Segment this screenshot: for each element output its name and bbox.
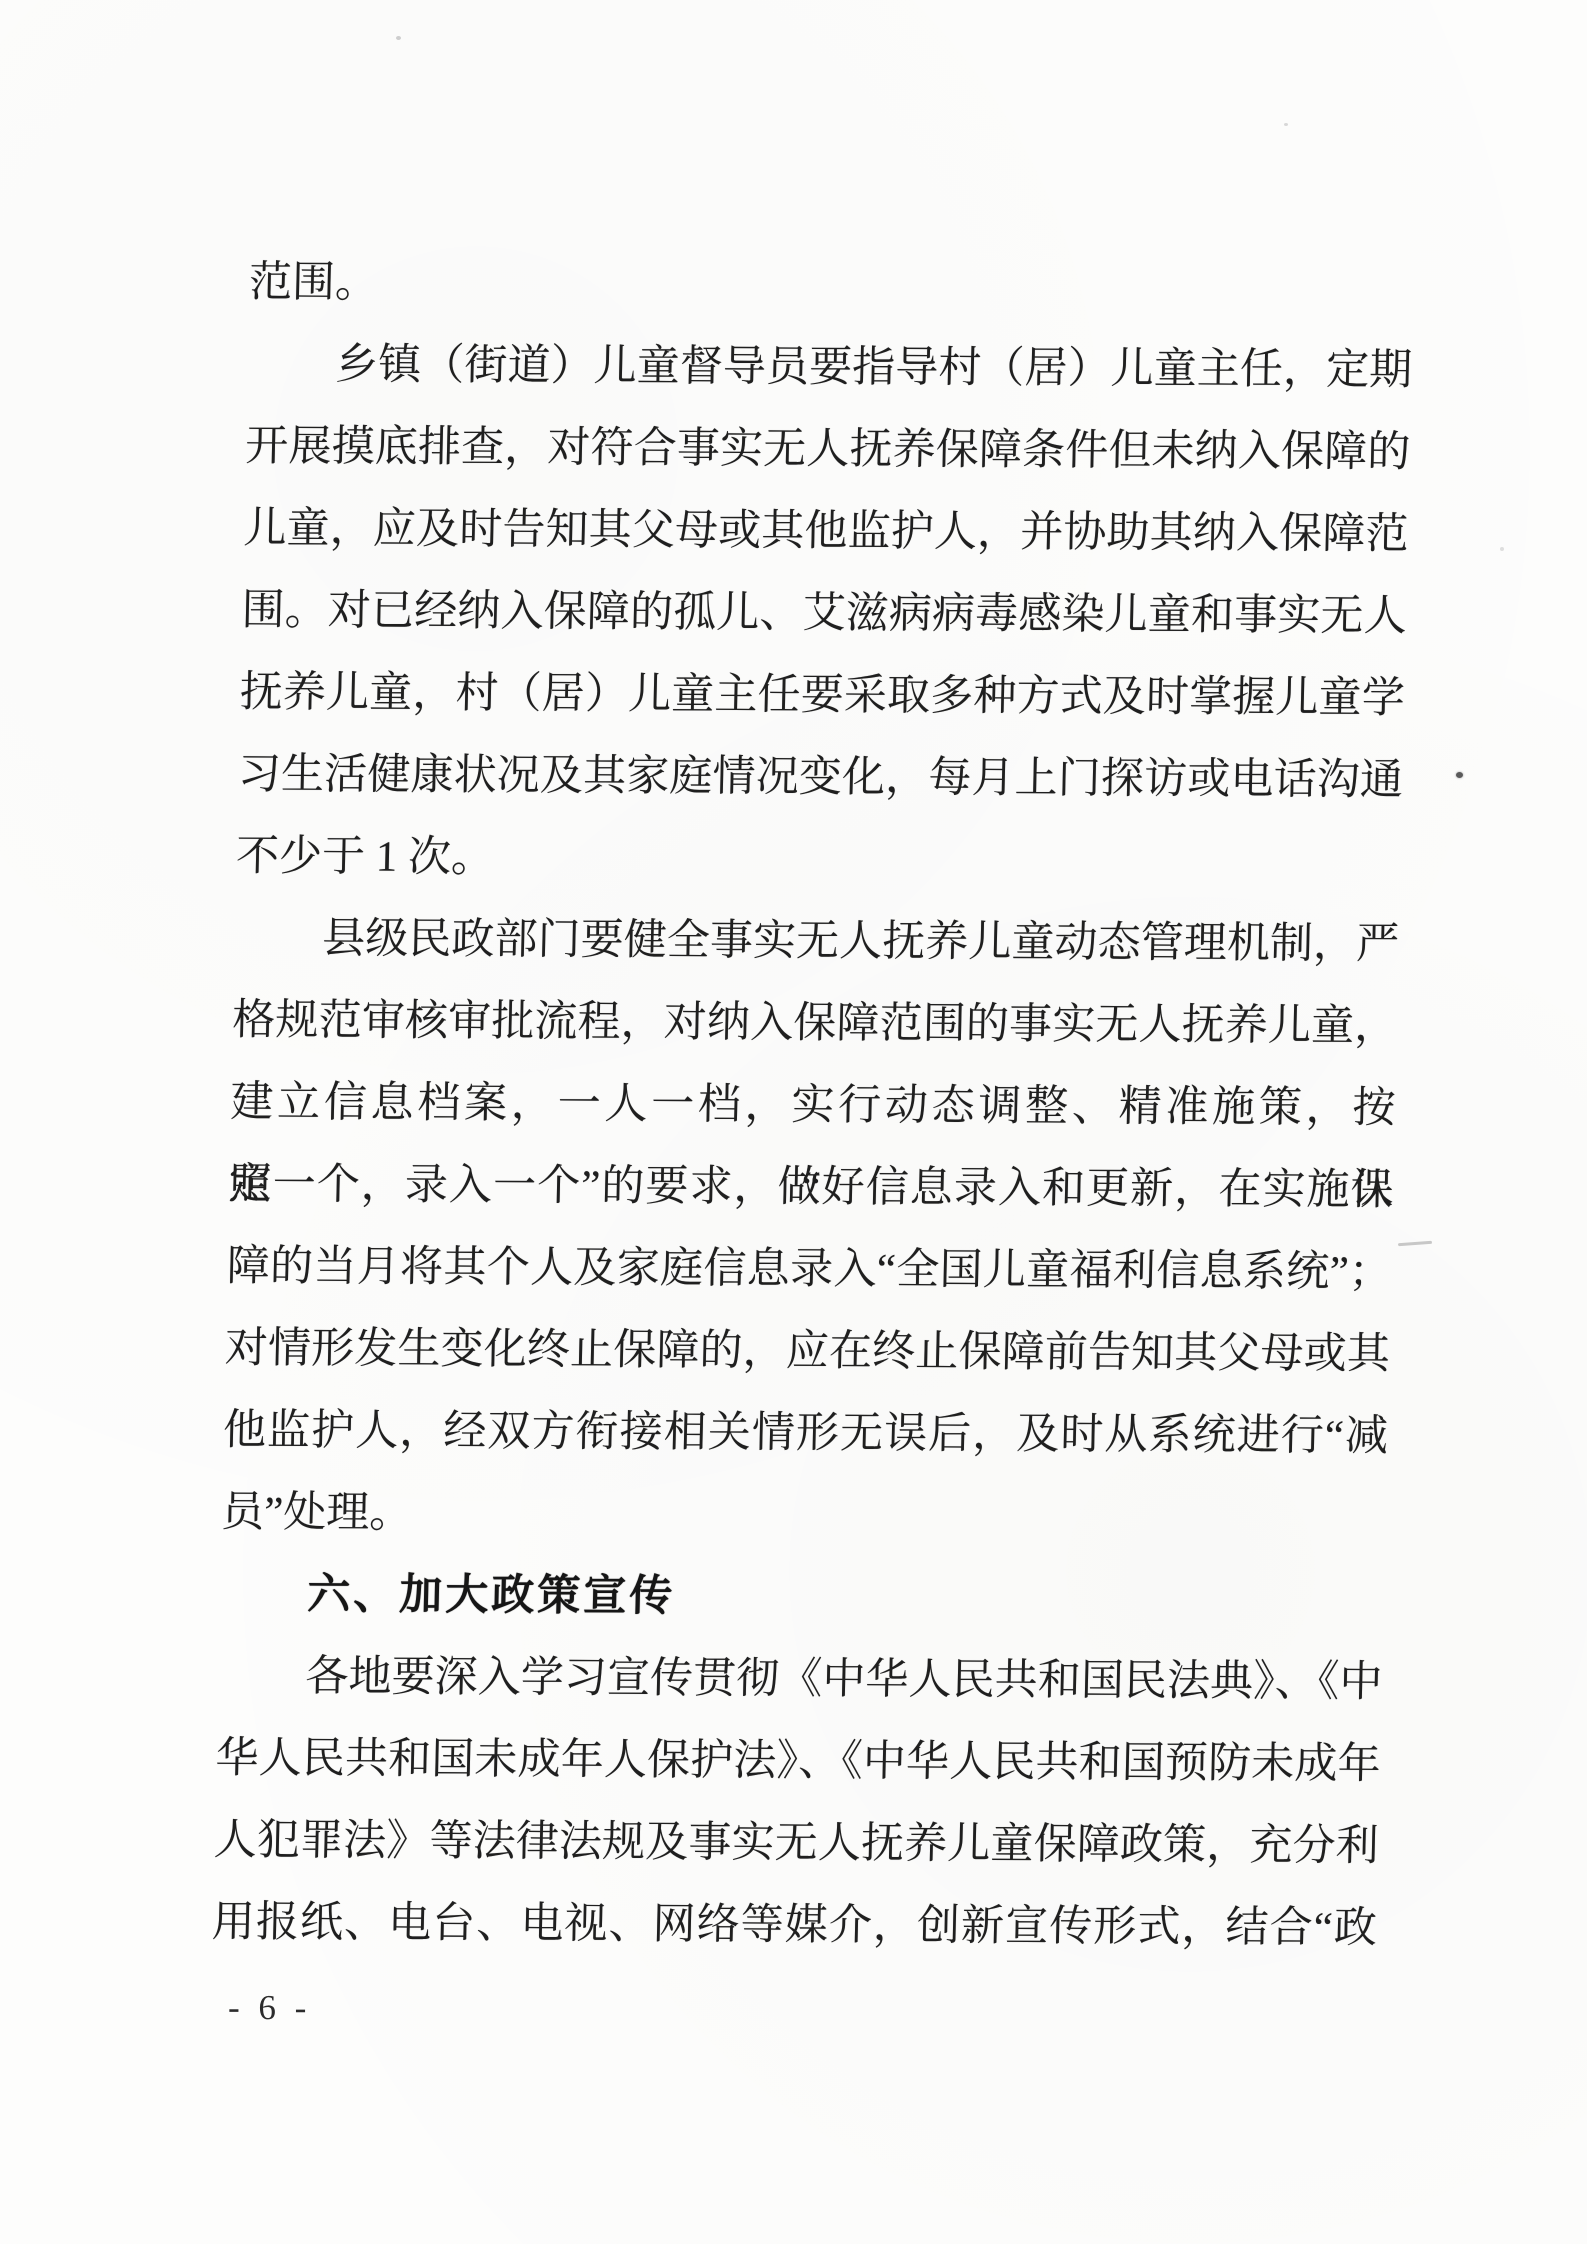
text-line: 人犯罪法》等法律法规及事实无人抚养儿童保障政策，充分利 [213,1800,1380,1888]
text-line: 围。对已经纳入保障的孤儿、艾滋病病毒感染儿童和事实无人 [241,570,1408,658]
text-line: 他监护人，经双方衔接相关情形无误后，及时从系统进行“减 [222,1390,1389,1478]
text-line: 范围。 [248,242,1415,330]
scan-speck [396,36,401,40]
text-line: 县级民政部门要健全事实无人抚养儿童动态管理机制，严 [233,898,1400,986]
text-line: 习生活健康状况及其家庭情况变化，每月上门探访或电话沟通 [237,734,1404,822]
text-line: 乡镇（街道）儿童督导员要指导村（居）儿童主任，定期 [246,324,1413,412]
text-line: 障的当月将其个人及家庭信息录入“全国儿童福利信息系统”； [226,1226,1393,1314]
document-page: 范围。 乡镇（街道）儿童督导员要指导村（居）儿童主任，定期 开展摸底排查，对符合… [0,0,1587,2244]
text-line: 用报纸、电台、电视、网络等媒介，创新宣传形式，结合“政 [211,1882,1378,1970]
text-line: 华人民共和国未成年人保护法》、《中华人民共和国预防未成年 [215,1718,1382,1806]
text-line: 各地要深入学习宣传贯彻《中华人民共和国民法典》、《中 [217,1636,1384,1724]
text-line: 建立信息档案，一人一档，实行动态调整、精准施策，按照“认 [230,1062,1397,1150]
document-text-block: 范围。 乡镇（街道）儿童督导员要指导村（居）儿童主任，定期 开展摸底排查，对符合… [211,242,1415,1970]
text-line: 员”处理。 [220,1472,1387,1560]
page-number: - 6 - [228,1984,312,2032]
scan-speck [1456,772,1463,778]
scan-speck [1500,547,1504,551]
scan-speck [1398,1241,1432,1246]
text-line: 抚养儿童，村（居）儿童主任要采取多种方式及时掌握儿童学 [239,652,1406,740]
text-line: 不少于 1 次。 [235,816,1402,904]
section-heading: 六、加大政策宣传 [218,1554,1385,1642]
text-line: 开展摸底排查，对符合事实无人抚养保障条件但未纳入保障的 [244,406,1411,494]
scan-speck [1284,123,1288,126]
text-line: 定一个，录入一个”的要求，做好信息录入和更新，在实施保 [228,1144,1395,1232]
text-line: 儿童，应及时告知其父母或其他监护人，并协助其纳入保障范 [243,488,1410,576]
text-line: 格规范审核审批流程，对纳入保障范围的事实无人抚养儿童， [231,980,1398,1068]
text-line: 对情形发生变化终止保障的，应在终止保障前告知其父母或其 [224,1308,1391,1396]
